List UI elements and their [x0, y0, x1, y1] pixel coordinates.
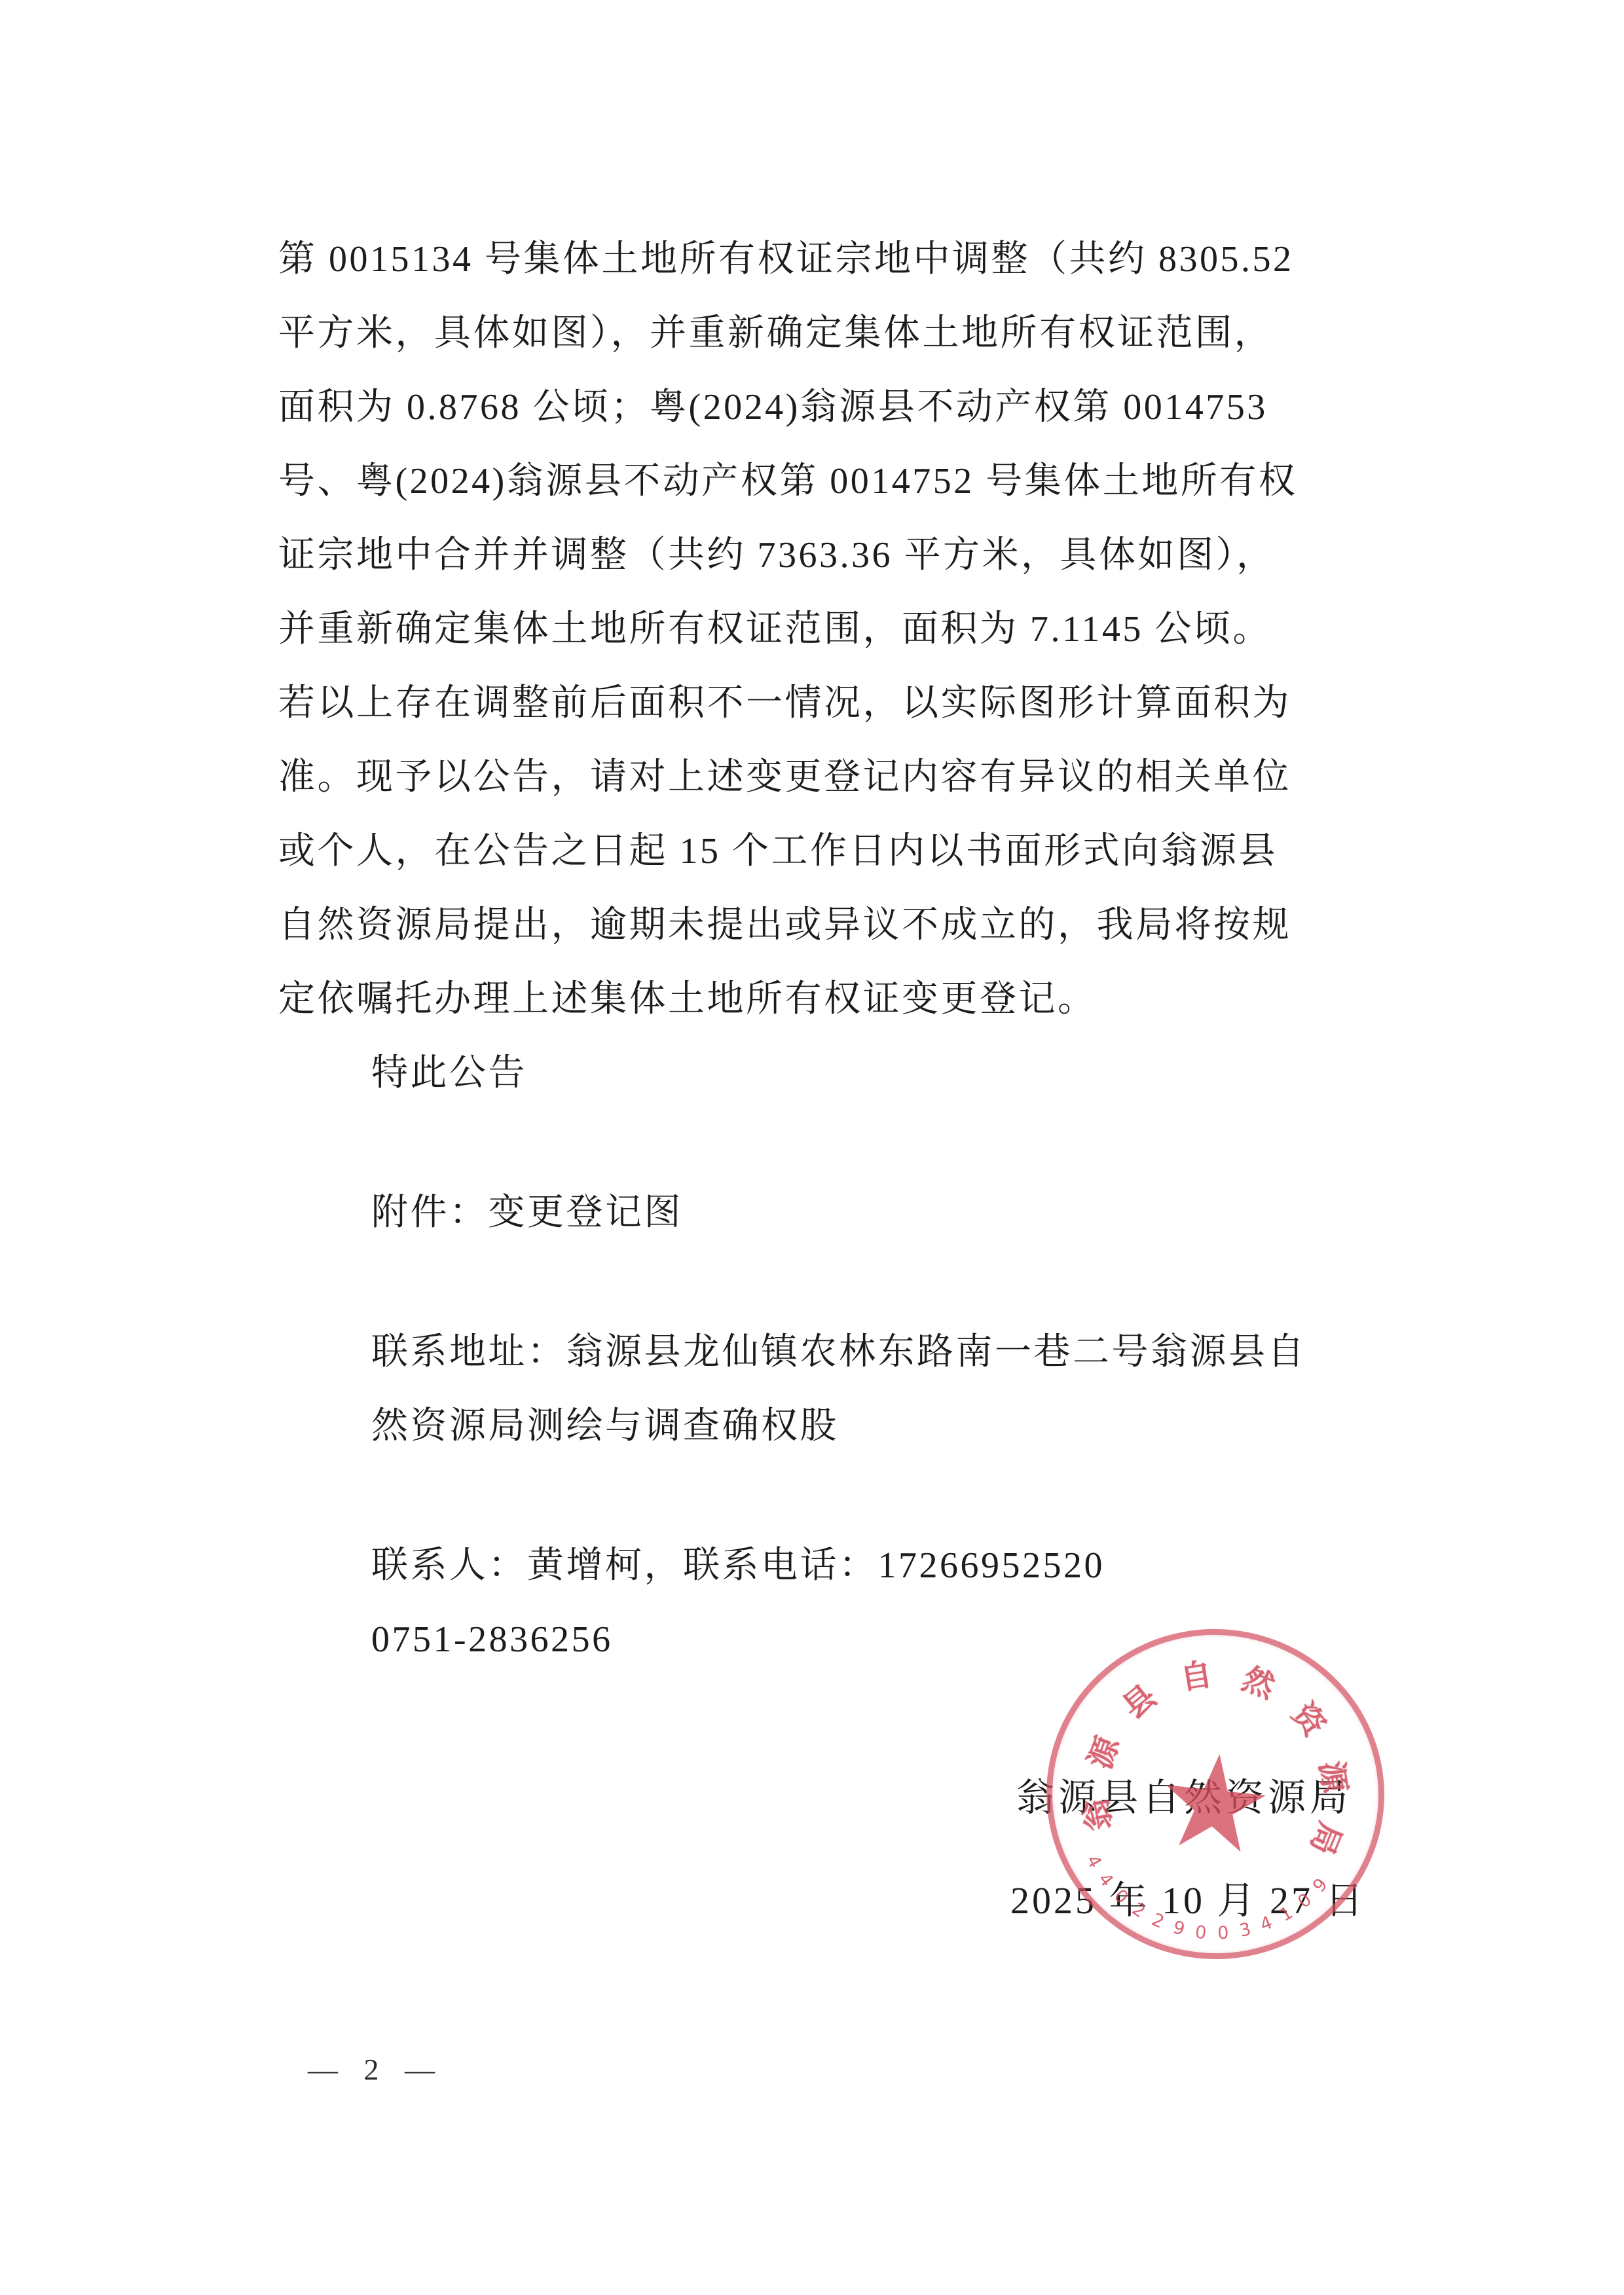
- footer-page-number: — 2 —: [308, 2052, 441, 2087]
- body-line-4: 号、粤(2024)翁源县不动产权第 0014752 号集体土地所有权: [278, 445, 1365, 519]
- contact-person-line: 联系人：黄增柯，联系电话：17266952520: [278, 1529, 1365, 1603]
- closing-line: 特此公告: [278, 1037, 1365, 1111]
- contact-address-line-2: 然资源局测绘与调查确权股: [278, 1389, 1365, 1463]
- body-line-9: 或个人，在公告之日起 15 个工作日内以书面形式向翁源县: [278, 815, 1365, 889]
- body-line-11: 定依嘱托办理上述集体土地所有权证变更登记。: [278, 963, 1365, 1037]
- body-line-10: 自然资源局提出，逾期未提出或异议不成立的，我局将按规: [278, 889, 1365, 963]
- attachment-line: 附件：变更登记图: [278, 1176, 1365, 1250]
- body-line-7: 若以上存在调整前后面积不一情况，以实际图形计算面积为: [278, 667, 1365, 741]
- body-line-5: 证宗地中合并并调整（共约 7363.36 平方米，具体如图），: [278, 519, 1365, 593]
- document-page: 第 0015134 号集体土地所有权证宗地中调整（共约 8305.52 平方米，…: [0, 0, 1624, 2295]
- body-line-2: 平方米，具体如图），并重新确定集体土地所有权证范围，: [278, 297, 1365, 371]
- signature-date: 2025 年 10 月 27 日: [1010, 1869, 1366, 1924]
- signature-org: 翁源县自然资源局: [1016, 1767, 1352, 1822]
- body-line-3: 面积为 0.8768 公顷；粤(2024)翁源县不动产权第 0014753: [278, 371, 1365, 445]
- body-line-6: 并重新确定集体土地所有权证范围，面积为 7.1145 公顷。: [278, 593, 1365, 667]
- notice-body: 第 0015134 号集体土地所有权证宗地中调整（共约 8305.52 平方米，…: [278, 223, 1365, 1677]
- contact-address-line-1: 联系地址：翁源县龙仙镇农林东路南一巷二号翁源县自: [278, 1315, 1365, 1389]
- body-line-1: 第 0015134 号集体土地所有权证宗地中调整（共约 8305.52: [278, 223, 1365, 297]
- contact-phone-line-2: 0751-2836256: [278, 1603, 1365, 1677]
- body-line-8: 准。现予以公告，请对上述变更登记内容有异议的相关单位: [278, 741, 1365, 815]
